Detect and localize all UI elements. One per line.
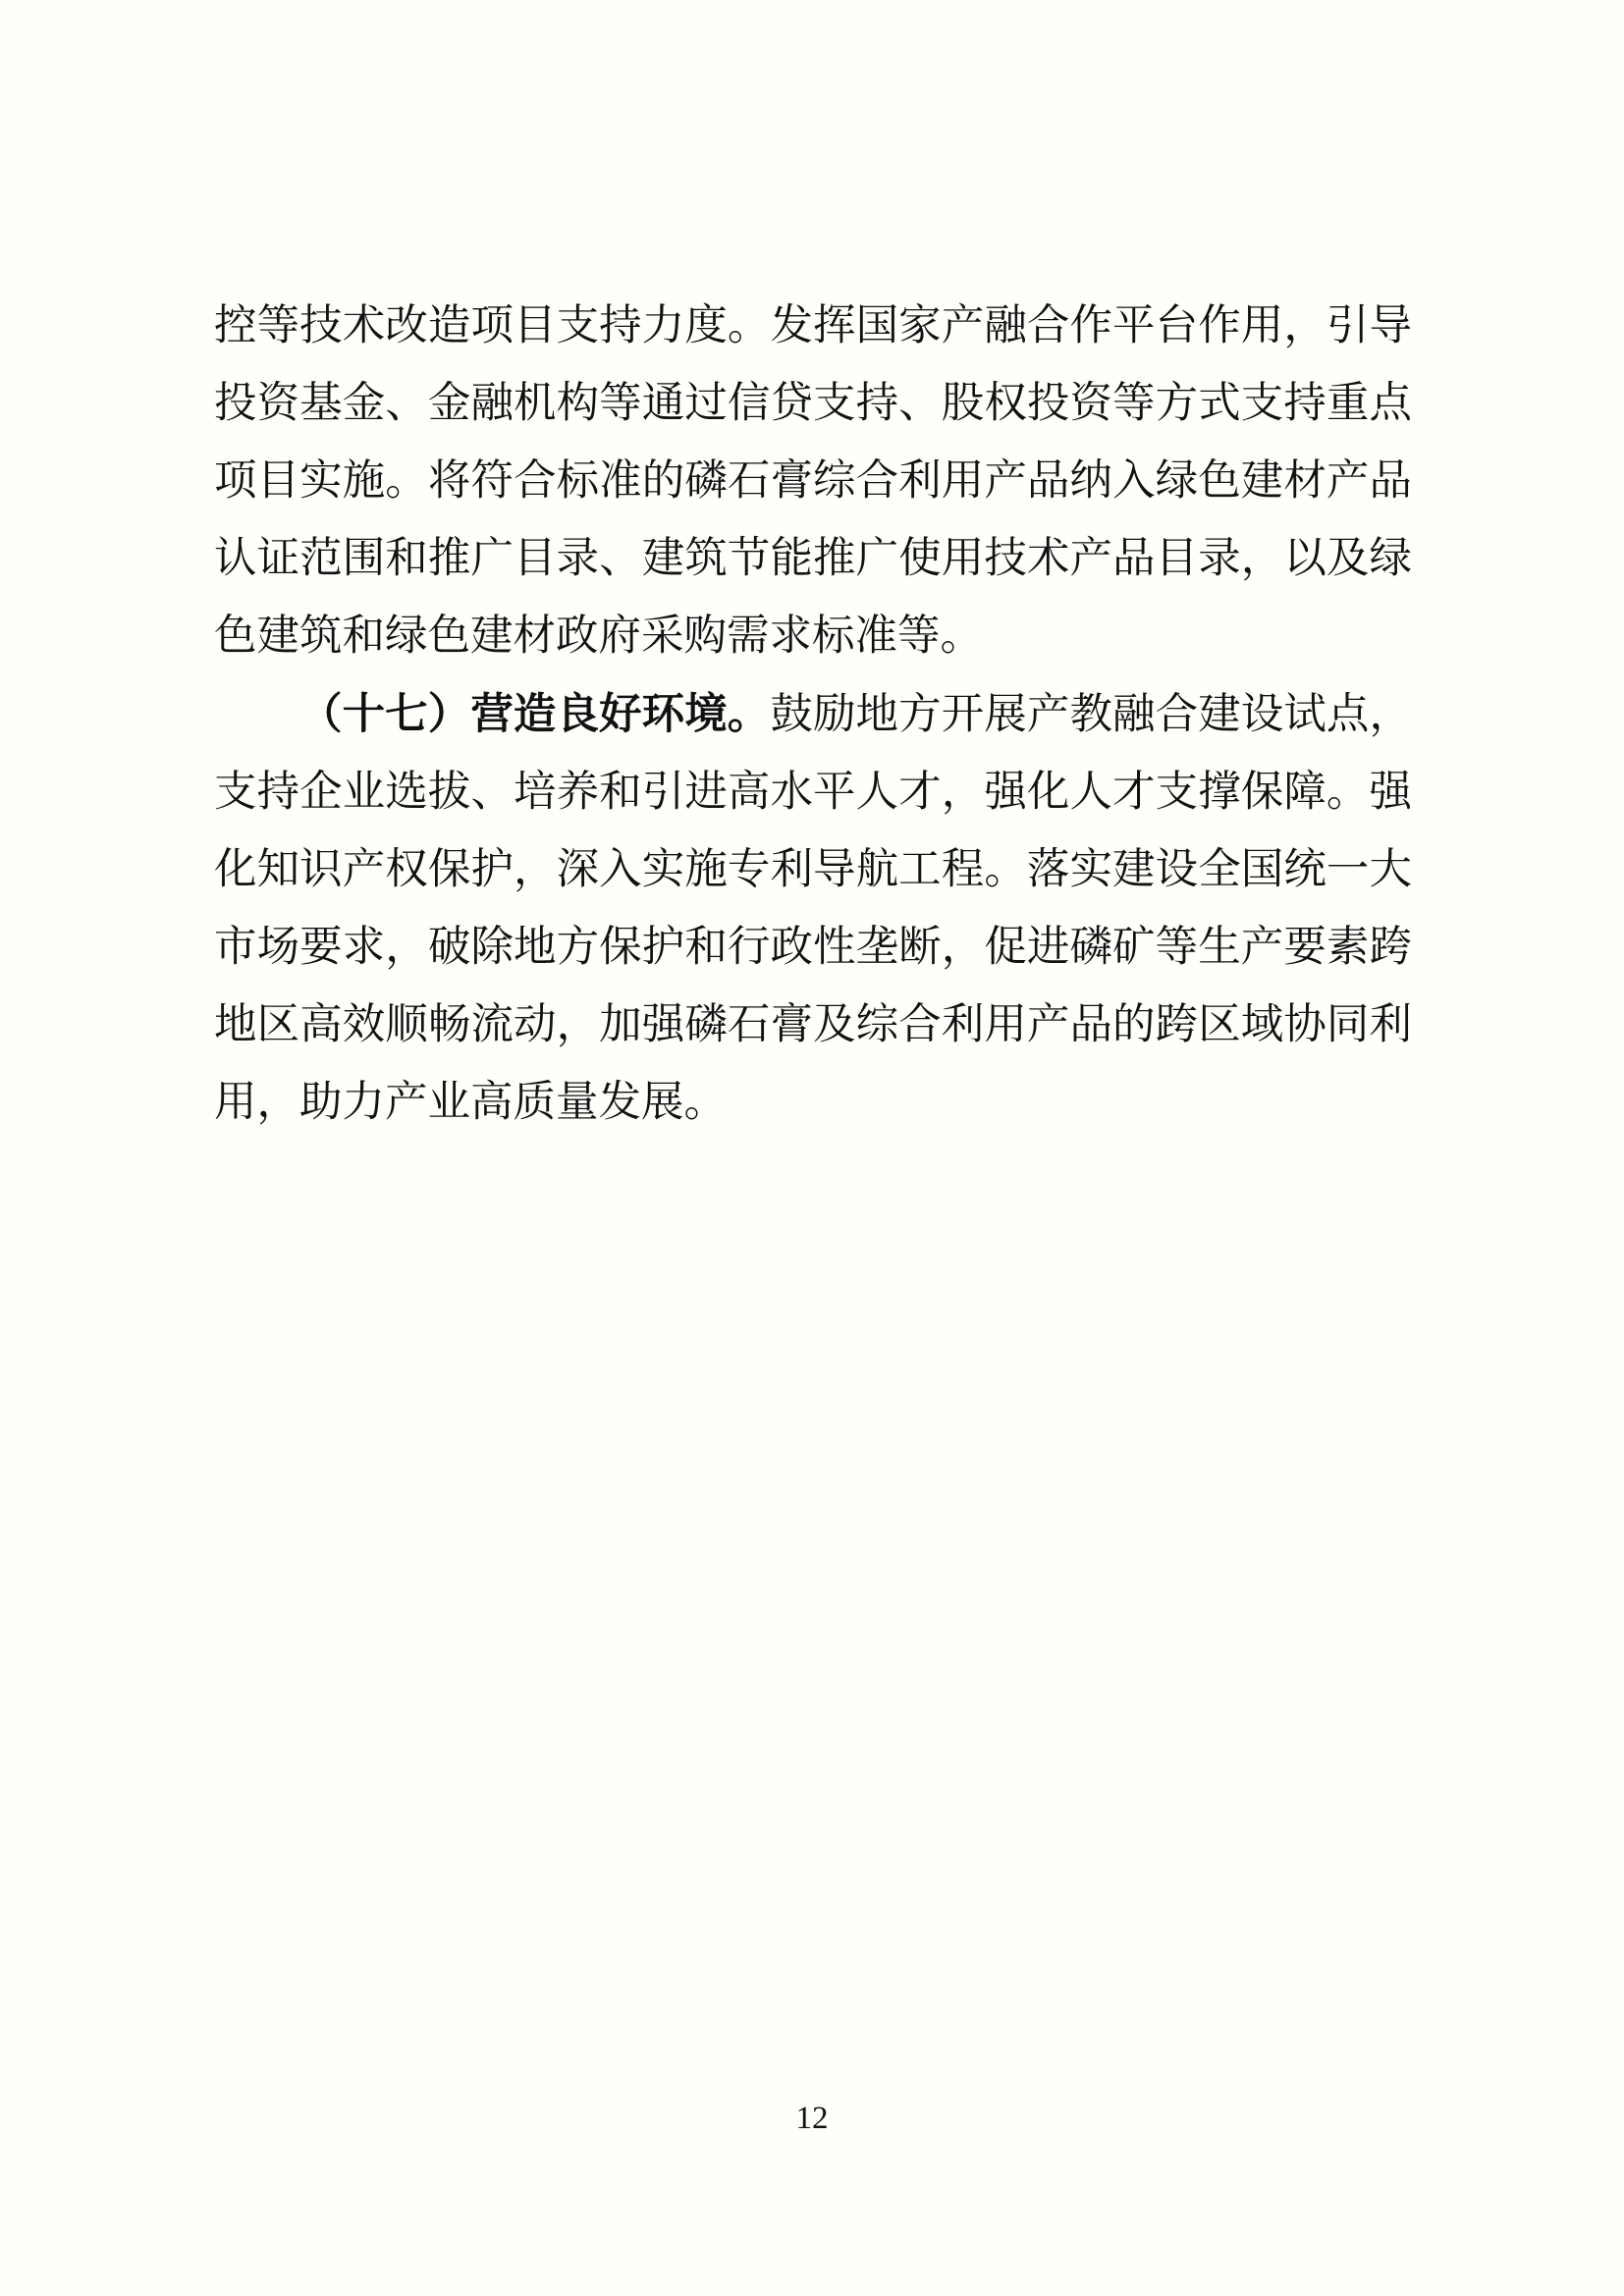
- section-17-heading: （十七）营造良好环境。: [299, 689, 770, 739]
- paragraph-continuation: 控等技术改造项目支持力度。发挥国家产融合作平台作用，引导投资基金、金融机构等通过…: [214, 288, 1412, 675]
- document-body: 控等技术改造项目支持力度。发挥国家产融合作平台作用，引导投资基金、金融机构等通过…: [214, 288, 1412, 1142]
- page-number: 12: [796, 2101, 829, 2136]
- section-17-body-text: 鼓励地方开展产教融合建设试点，支持企业选拔、培养和引进高水平人才，强化人才支撑保…: [214, 690, 1412, 1127]
- paragraph-section-17: （十七）营造良好环境。鼓励地方开展产教融合建设试点，支持企业选拔、培养和引进高水…: [214, 675, 1412, 1142]
- page-footer: 12: [0, 2101, 1624, 2136]
- document-page: 控等技术改造项目支持力度。发挥国家产融合作平台作用，引导投资基金、金融机构等通过…: [0, 0, 1624, 2296]
